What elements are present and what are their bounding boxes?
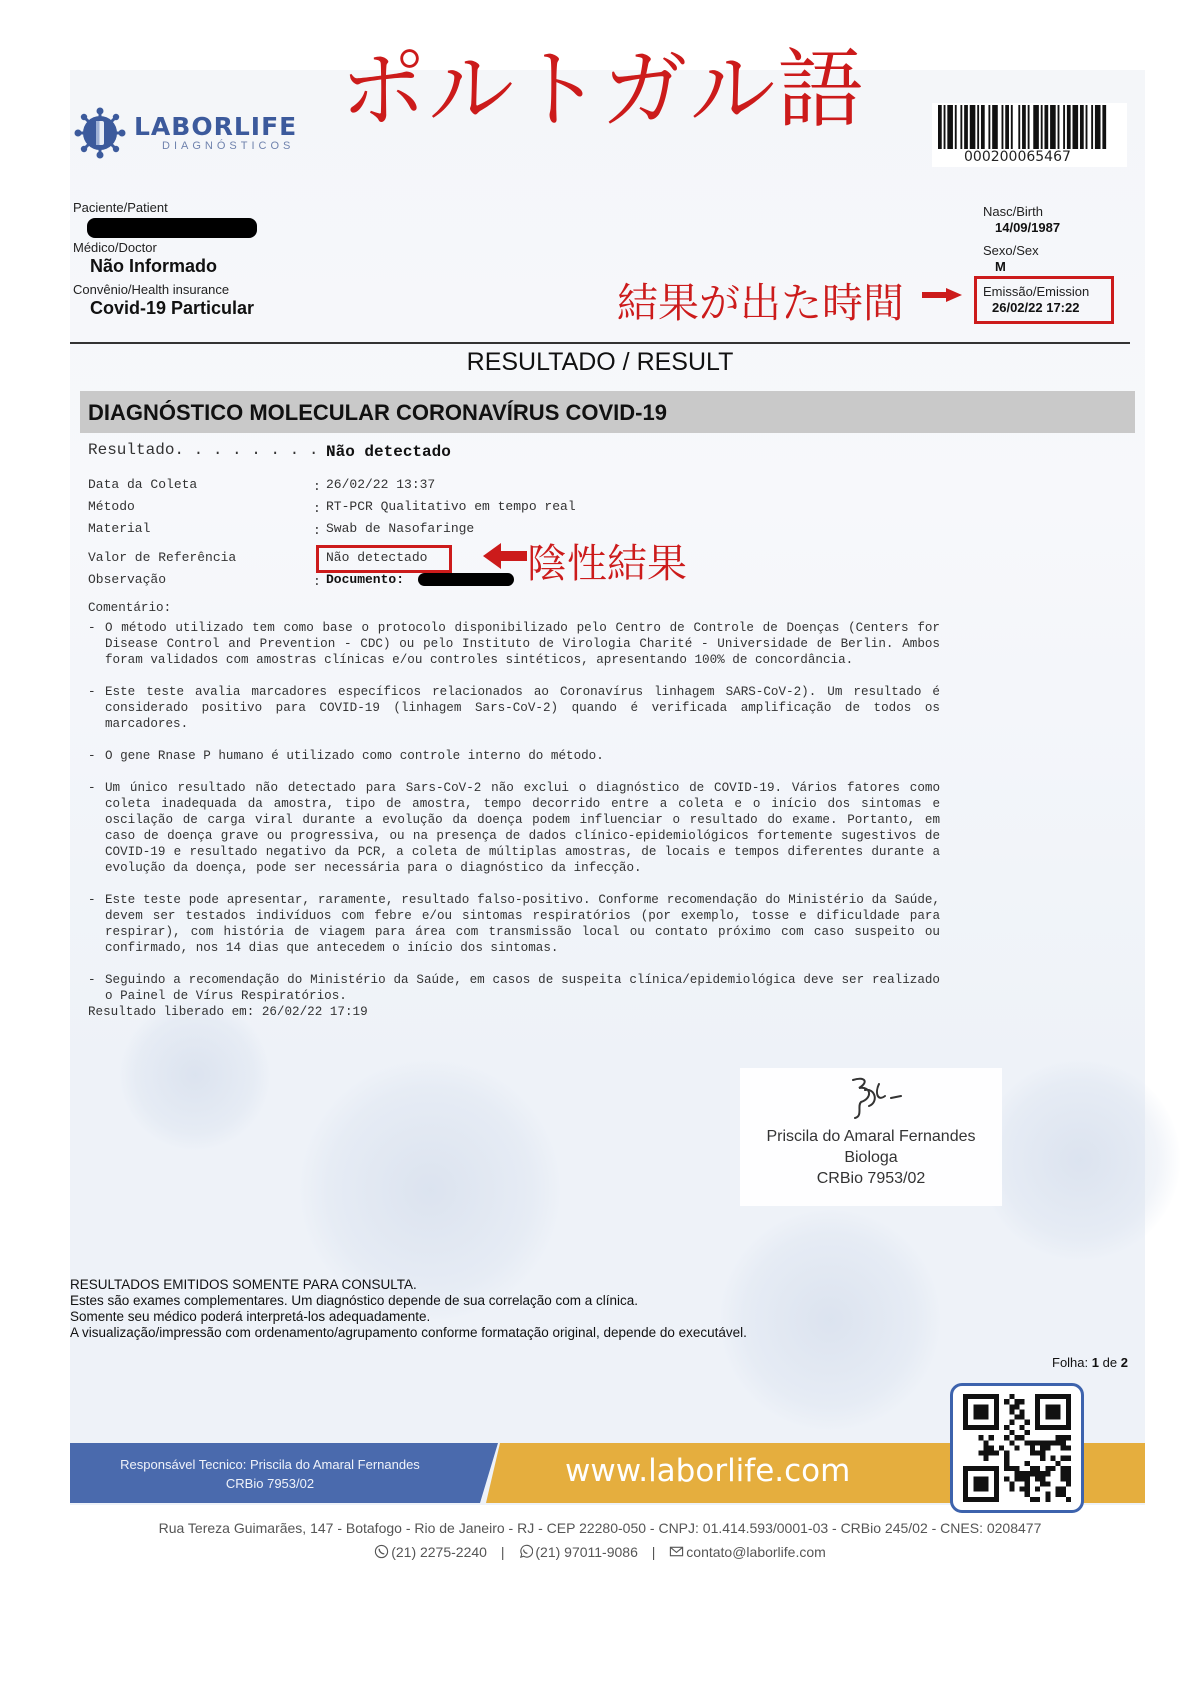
barcode: 000200065467 xyxy=(932,103,1127,167)
divider xyxy=(70,342,1130,344)
section-header: DIAGNÓSTICO MOLECULAR CORONAVÍRUS COVID-… xyxy=(80,391,1135,433)
comment-item: -Este teste pode apresentar, raramente, … xyxy=(88,892,940,956)
comment-item: -O gene Rnase P humano é utilizado como … xyxy=(88,748,940,764)
comment-text: Este teste pode apresentar, raramente, r… xyxy=(105,892,940,956)
whatsapp-number: (21) 97011-9086 xyxy=(535,1544,637,1560)
reference-label: Valor de Referência xyxy=(88,550,236,565)
arrow-left-icon xyxy=(483,543,527,569)
reference-value: Não detectado xyxy=(326,550,427,565)
comment-text: Seguindo a recomendação do Ministério da… xyxy=(105,972,940,1004)
logo-subtitle: DIAGNÓSTICOS xyxy=(162,140,297,152)
collection-date-value: 26/02/22 13:37 xyxy=(326,477,435,492)
annotation-title: ポルトガル語 xyxy=(340,20,865,144)
comment-item: -Seguindo a recomendação do Ministério d… xyxy=(88,972,940,1004)
patient-label: Paciente/Patient xyxy=(73,200,168,215)
email-address: contato@laborlife.com xyxy=(686,1544,826,1560)
barcode-number: 000200065467 xyxy=(964,149,1071,165)
page-label: Folha: xyxy=(1052,1355,1088,1370)
responsible-registry: CRBio 7953/02 xyxy=(70,1474,470,1493)
result-value: Não detectado xyxy=(326,443,451,461)
method-value: RT-PCR Qualitativo em tempo real xyxy=(326,499,576,514)
emission-value: 26/02/22 17:22 xyxy=(992,300,1079,315)
collection-date-label: Data da Coleta xyxy=(88,477,197,492)
disclaimer-line: Somente seu médico poderá interpretá-los… xyxy=(70,1309,747,1325)
virus-watermark xyxy=(980,1060,1180,1260)
address: Rua Tereza Guimarães, 147 - Botafogo - R… xyxy=(0,1520,1200,1536)
observation-label: Observação xyxy=(88,572,166,587)
comment-text: Este teste avalia marcadores específicos… xyxy=(105,684,940,732)
material-value: Swab de Nasofaringe xyxy=(326,521,474,536)
barcode-icon xyxy=(938,105,1108,149)
sex-value: M xyxy=(995,259,1006,274)
qr-code-icon xyxy=(963,1394,1071,1502)
signer-role: Biologa xyxy=(740,1147,1002,1168)
mail-icon xyxy=(669,1544,684,1559)
comment-text: Um único resultado não detectado para Sa… xyxy=(105,780,940,876)
colon: : xyxy=(313,574,321,589)
comments-section: Comentário: -O método utilizado tem como… xyxy=(88,600,940,1020)
colon: : xyxy=(313,501,321,516)
signature-block: Priscila do Amaral Fernandes Biologa CRB… xyxy=(740,1068,1002,1206)
result-heading: RESULTADO / RESULT xyxy=(0,348,1200,377)
doctor-label: Médico/Doctor xyxy=(73,240,157,255)
virus-watermark xyxy=(720,1210,940,1430)
release-time: Resultado liberado em: 26/02/22 17:19 xyxy=(88,1004,940,1020)
doctor-value: Não Informado xyxy=(90,256,217,277)
colon: : xyxy=(313,523,321,538)
page-total: 2 xyxy=(1121,1355,1128,1370)
annotation-result-note: 陰性結果 xyxy=(527,532,687,589)
comment-item: -Um único resultado não detectado para S… xyxy=(88,780,940,876)
comment-item: -O método utilizado tem como base o prot… xyxy=(88,620,940,668)
sex-label: Sexo/Sex xyxy=(983,243,1039,258)
patient-name-redacted xyxy=(87,218,257,238)
emission-label: Emissão/Emission xyxy=(983,284,1089,299)
insurance-value: Covid-19 Particular xyxy=(90,298,254,319)
phone-number: (21) 2275-2240 xyxy=(391,1544,487,1560)
birth-label: Nasc/Birth xyxy=(983,204,1043,219)
signature-icon xyxy=(835,1072,915,1122)
responsible-technician: Responsável Tecnico: Priscila do Amaral … xyxy=(70,1455,470,1493)
contacts: (21) 2275-2240 | (21) 97011-9086 | conta… xyxy=(0,1544,1200,1560)
result-label: Resultado. . . . . . . . : xyxy=(88,441,338,459)
arrow-right-icon xyxy=(922,288,962,302)
website-link[interactable]: www.laborlife.com xyxy=(565,1453,850,1489)
material-label: Material xyxy=(88,521,150,536)
qr-code[interactable] xyxy=(950,1383,1084,1513)
annotation-emission-note: 結果が出た時間 xyxy=(617,270,904,329)
comment-item: -Este teste avalia marcadores específico… xyxy=(88,684,940,732)
page-current: 1 xyxy=(1092,1355,1099,1370)
page-of: de xyxy=(1103,1355,1117,1370)
disclaimer-line: A visualização/impressão com ordenamento… xyxy=(70,1325,747,1341)
comment-text: O método utilizado tem como base o proto… xyxy=(105,620,940,668)
laborlife-logo: LABORLIFE DIAGNÓSTICOS xyxy=(72,105,297,161)
section-title: DIAGNÓSTICO MOLECULAR CORONAVÍRUS COVID-… xyxy=(88,400,667,426)
birth-value: 14/09/1987 xyxy=(995,220,1060,235)
whatsapp-contact[interactable]: (21) 97011-9086 xyxy=(518,1544,637,1560)
document-number-redacted xyxy=(418,573,514,586)
signer-name: Priscila do Amaral Fernandes xyxy=(740,1126,1002,1147)
phone-contact[interactable]: (21) 2275-2240 xyxy=(374,1544,487,1560)
virus-watermark xyxy=(120,1000,270,1150)
email-contact[interactable]: contato@laborlife.com xyxy=(669,1544,826,1560)
responsible-name: Responsável Tecnico: Priscila do Amaral … xyxy=(70,1455,470,1474)
comment-label: Comentário: xyxy=(88,600,940,616)
whatsapp-icon xyxy=(518,1544,533,1559)
disclaimer: RESULTADOS EMITIDOS SOMENTE PARA CONSULT… xyxy=(70,1277,747,1341)
insurance-label: Convênio/Health insurance xyxy=(73,282,229,297)
colon: : xyxy=(313,479,321,494)
disclaimer-line: RESULTADOS EMITIDOS SOMENTE PARA CONSULT… xyxy=(70,1277,747,1293)
page-indicator: Folha: 1 de 2 xyxy=(1052,1355,1128,1370)
disclaimer-line: Estes são exames complementares. Um diag… xyxy=(70,1293,747,1309)
separator: | xyxy=(652,1544,656,1560)
observation-value: Documento: xyxy=(326,572,404,587)
phone-icon xyxy=(374,1544,389,1559)
method-label: Método xyxy=(88,499,135,514)
comment-text: O gene Rnase P humano é utilizado como c… xyxy=(105,748,940,764)
signer-registry: CRBio 7953/02 xyxy=(740,1168,1002,1189)
virus-logo-icon xyxy=(72,105,128,161)
separator: | xyxy=(501,1544,505,1560)
logo-name: LABORLIFE xyxy=(134,114,297,140)
